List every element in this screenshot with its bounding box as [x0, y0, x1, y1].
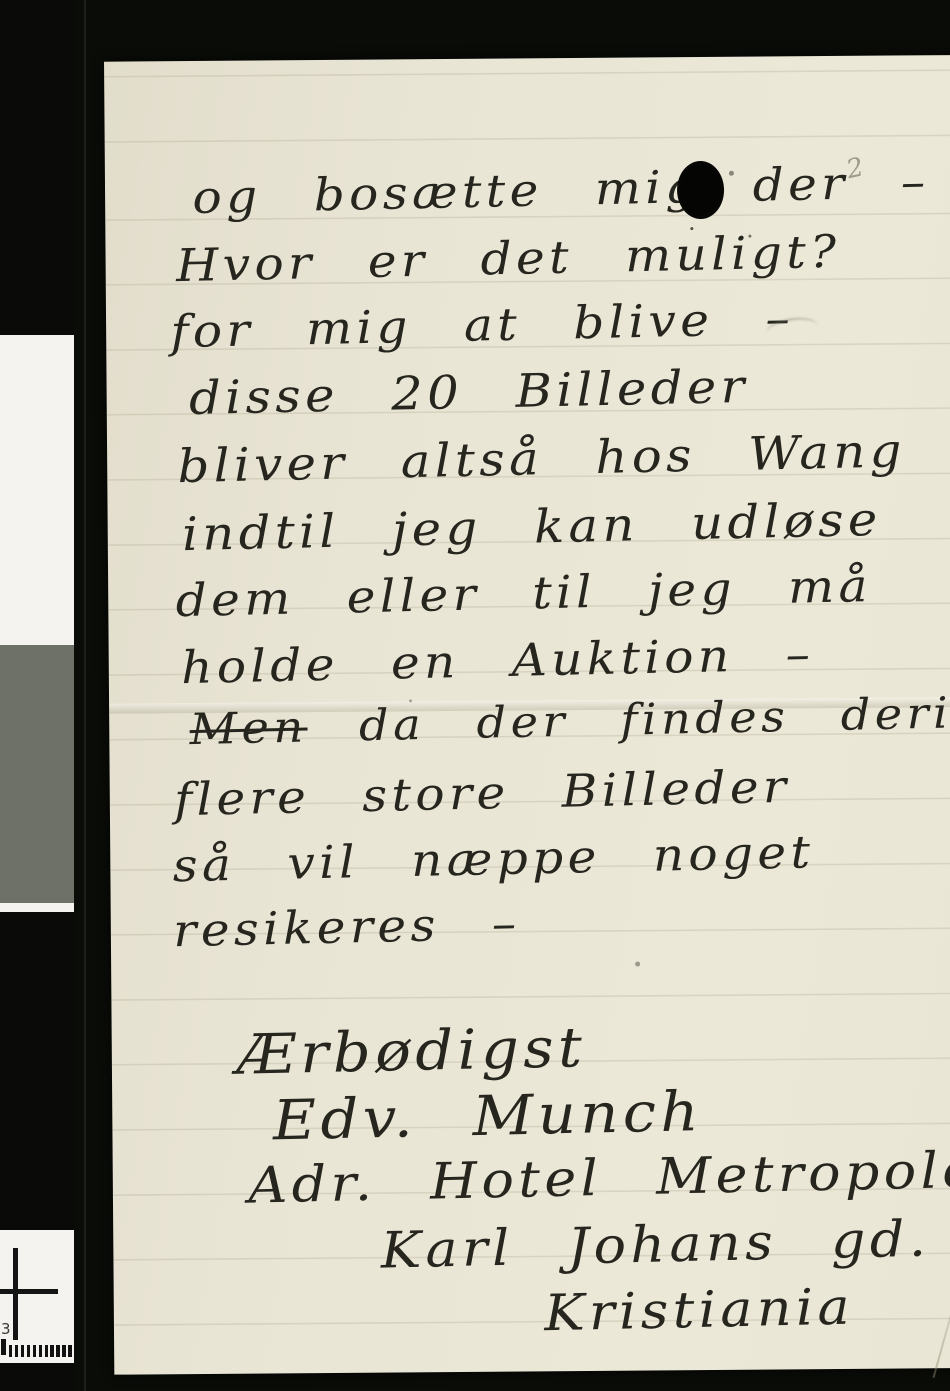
registration-cross-icon: [0, 1289, 58, 1294]
closing-line: Ærbødigst: [236, 1015, 587, 1087]
ruler-tick: [39, 1345, 42, 1357]
ruler-tick: [62, 1345, 65, 1357]
registration-cross-icon: [13, 1248, 18, 1340]
scanner-seam-line: [84, 0, 86, 1391]
ruler-tick: [33, 1345, 36, 1357]
grayscale-step-black-mid: [0, 912, 74, 1230]
punch-hole: [677, 161, 724, 219]
ruler-tick: [21, 1345, 24, 1357]
grayscale-step-black-top: [0, 0, 74, 335]
struck-word: Men: [189, 703, 308, 756]
ruler-tick: [15, 1345, 18, 1357]
ruler-ticks: [1, 1345, 73, 1361]
ruler-tick: [45, 1345, 48, 1357]
grayscale-step-white: [0, 335, 74, 645]
grayscale-step-divider: [0, 903, 74, 912]
strip-black-bottom: [0, 1363, 74, 1391]
ruler-tick: [9, 1345, 12, 1357]
registration-target-panel: [0, 1230, 74, 1363]
address-line-2: Karl Johans gd.: [380, 1210, 931, 1280]
ink-speckles: [690, 227, 693, 230]
ruler-tick: [1, 1339, 6, 1355]
address-line-3: Kristiania: [544, 1278, 855, 1343]
grayscale-step-gray: [0, 645, 74, 903]
signature-line: Edv. Munch: [272, 1079, 703, 1152]
ruler-tick: [68, 1345, 71, 1357]
letter-paper: og bosætte mig der – Hvor er det muligt?…: [104, 55, 950, 1375]
letter-line-12: resikeres –: [173, 897, 521, 958]
ruler-tick: [56, 1345, 59, 1357]
ruler-tick: [27, 1345, 30, 1357]
scale-label: 3: [1, 1320, 11, 1338]
scanned-letter-page: 3 og bosætte mig der – Hvor er det mulig…: [0, 0, 950, 1391]
ruler-tick: [50, 1345, 53, 1357]
